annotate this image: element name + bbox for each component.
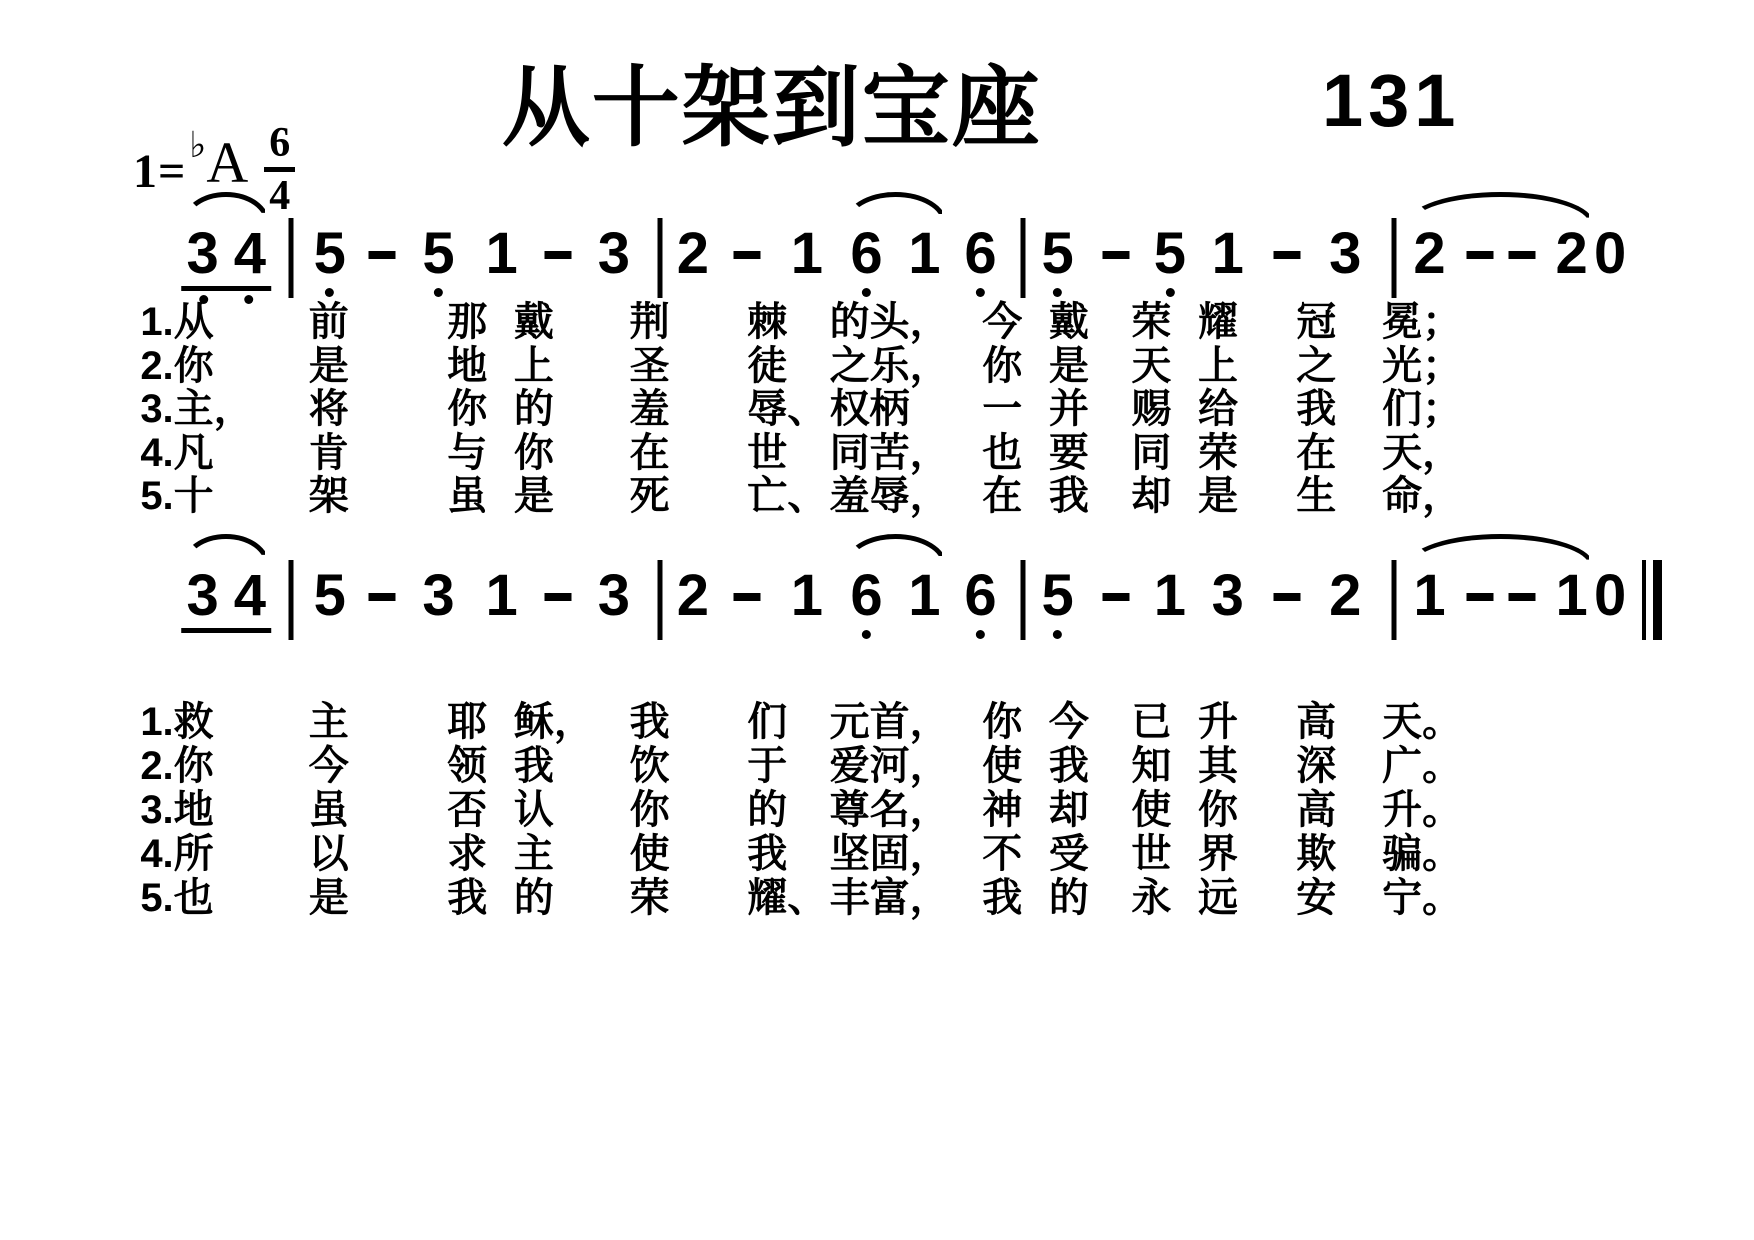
- music-note: 4: [234, 566, 266, 626]
- lyric-syllable: 稣，: [514, 700, 594, 744]
- music-note: 1: [486, 224, 518, 284]
- barline: [1020, 560, 1025, 640]
- lyric-syllable: 欺: [1296, 832, 1336, 876]
- pickup-note-group: 34: [182, 224, 272, 304]
- lyric-syllable: 棘: [747, 300, 787, 344]
- beam-underline: 34: [182, 224, 272, 291]
- music-note: 1: [1212, 224, 1244, 284]
- music-note: 3: [598, 224, 630, 284]
- note-digit: 1: [486, 566, 518, 626]
- lyric-syllable: 耀、: [747, 876, 827, 920]
- music-note: 2: [677, 566, 709, 626]
- duration-dash: [1274, 251, 1301, 259]
- system-1: 345513216165513220 1.从前那戴荆棘的头，今戴荣耀冠冕；2.你…: [0, 198, 1754, 310]
- lyric-syllable: 冠: [1296, 300, 1336, 344]
- key-letter: A: [206, 134, 248, 192]
- slur: [182, 534, 270, 566]
- lyric-syllable: 今: [982, 300, 1022, 344]
- lyric-syllable: 荣: [1131, 300, 1171, 344]
- lyric-line: 5.十架虽是死亡、羞辱，在我却是生命，: [0, 474, 1754, 518]
- lyric-syllable: 前: [309, 300, 349, 344]
- music-note: 5: [422, 224, 454, 297]
- note-digit: 5: [1042, 224, 1074, 284]
- music-note: 2: [1555, 224, 1587, 284]
- lyric-syllable: 圣: [630, 344, 670, 388]
- lyric-syllable: 主: [309, 700, 349, 744]
- music-note: 1: [486, 566, 518, 626]
- barline: [657, 218, 662, 298]
- lyric-syllable: 求: [447, 832, 487, 876]
- music-note: 6: [964, 566, 996, 639]
- verse-number-cell: 2.你: [140, 744, 213, 788]
- octave-dot: [1053, 630, 1062, 639]
- key-do-equals: 1=: [133, 148, 186, 196]
- note-digit: 5: [314, 566, 346, 626]
- lyric-syllable: 也: [982, 431, 1022, 475]
- lyric-syllable: 升。: [1382, 788, 1462, 832]
- lyric-syllable: 安: [1296, 876, 1336, 920]
- duration-dash: [1467, 593, 1494, 601]
- time-signature-numerator: 6: [264, 122, 295, 172]
- lyric-syllable: 今: [309, 744, 349, 788]
- lyric-syllable: 神: [982, 788, 1022, 832]
- beam-underline: 34: [182, 566, 272, 633]
- lyric-syllable: 之: [1296, 344, 1336, 388]
- music-note: 6: [850, 566, 882, 639]
- lyric-syllable: 是: [1198, 474, 1238, 518]
- lyric-syllable: 的: [514, 387, 554, 431]
- verse-number-cell: 2.你: [140, 344, 213, 388]
- lyric-syllable: 知: [1131, 744, 1171, 788]
- lyric-syllable: 在: [1296, 431, 1336, 475]
- slur: [844, 192, 947, 224]
- lyric-line: 3.地虽否认你的尊名，神却使你高升。: [0, 788, 1754, 832]
- lyric-syllable: 耀: [1198, 300, 1238, 344]
- note-digit: 1: [1555, 566, 1587, 626]
- lyric-syllable: 我: [1296, 387, 1336, 431]
- lyric-syllable: 戴: [1049, 300, 1089, 344]
- music-line-2: 345313216165132110: [0, 540, 1754, 652]
- system-2: 345313216165132110 1.救主耶稣，我们元首，你今已升高天。2.…: [0, 540, 1754, 652]
- lyric-syllable: 们: [747, 700, 787, 744]
- lyric-syllable: 广。: [1382, 744, 1462, 788]
- music-note: 6: [850, 224, 882, 297]
- lyric-line: 2.你是地上圣徒之乐，你是天上之光；: [0, 344, 1754, 388]
- lyric-syllable: 天。: [1382, 700, 1462, 744]
- lyric-syllable: 元首，: [830, 700, 950, 744]
- lyric-syllable: 架: [309, 474, 349, 518]
- lyric-syllable: 虽: [309, 788, 349, 832]
- barline: [657, 560, 662, 640]
- note-digit: 5: [314, 224, 346, 284]
- lyric-syllable: 爱河，: [830, 744, 950, 788]
- lyric-syllable: 命，: [1382, 474, 1462, 518]
- lyric-syllable: 高: [1296, 788, 1336, 832]
- verse-number-cell: 4.凡: [140, 431, 213, 475]
- lyric-syllable: 却: [1131, 474, 1171, 518]
- lyric-syllable: 给: [1198, 387, 1238, 431]
- barline: [289, 560, 294, 640]
- music-note: 3: [187, 566, 219, 626]
- lyric-syllable: 使: [630, 832, 670, 876]
- barline: [1392, 560, 1397, 640]
- duration-dash: [1102, 593, 1129, 601]
- duration-dash: [369, 251, 396, 259]
- duration-dash: [544, 593, 571, 601]
- lyric-syllable: 荣: [1198, 431, 1238, 475]
- barline: [1020, 218, 1025, 298]
- duration-dash: [1509, 251, 1536, 259]
- lyric-syllable: 我: [447, 876, 487, 920]
- lyric-syllable: 是: [1049, 344, 1089, 388]
- note-digit: 3: [1329, 224, 1361, 284]
- lyric-syllable: 将: [309, 387, 349, 431]
- lyric-syllable: 是: [309, 344, 349, 388]
- music-note: 2: [677, 224, 709, 284]
- lyric-syllable: 尊名，: [830, 788, 950, 832]
- lyric-syllable: 使: [982, 744, 1022, 788]
- octave-dot: [862, 630, 871, 639]
- lyric-syllable: 在: [630, 431, 670, 475]
- note-digit: 5: [1154, 224, 1186, 284]
- lyric-syllable: 之乐，: [830, 344, 950, 388]
- music-note: 6: [964, 224, 996, 297]
- octave-dot-row: [182, 637, 272, 646]
- lyric-syllable: 坚固，: [830, 832, 950, 876]
- lyric-syllable: 却: [1049, 788, 1089, 832]
- verse-number-cell: 3.地: [140, 788, 213, 832]
- note-digit: 2: [1555, 224, 1587, 284]
- note-digit: 1: [791, 224, 823, 284]
- lyric-syllable: 在: [982, 474, 1022, 518]
- octave-dot: [862, 288, 871, 297]
- music-note: 3: [1212, 566, 1244, 626]
- barline: [1392, 218, 1397, 298]
- note-digit: 3: [598, 224, 630, 284]
- lyric-syllable: 要: [1049, 431, 1089, 475]
- note-digit: 1: [908, 224, 940, 284]
- music-note: 5: [314, 566, 346, 626]
- music-line-1: 345513216165513220: [0, 198, 1754, 310]
- lyric-syllable: 主: [514, 832, 554, 876]
- lyric-syllable: 深: [1296, 744, 1336, 788]
- note-digit: 1: [486, 224, 518, 284]
- music-note: 1: [1555, 566, 1587, 626]
- lyric-syllable: 你: [982, 344, 1022, 388]
- note-digit: 2: [677, 566, 709, 626]
- music-note: 0: [1594, 566, 1626, 626]
- duration-dash: [369, 593, 396, 601]
- lyric-syllable: 荆: [630, 300, 670, 344]
- music-note: 1: [908, 566, 940, 626]
- lyric-line: 5.也是我的荣耀、丰富，我的永远安宁。: [0, 876, 1754, 920]
- lyric-syllable: 赐: [1131, 387, 1171, 431]
- note-digit: 3: [598, 566, 630, 626]
- note-digit: 3: [422, 566, 454, 626]
- lyric-syllable: 使: [1131, 788, 1171, 832]
- lyric-syllable: 世: [1131, 832, 1171, 876]
- lyric-syllable: 我: [747, 832, 787, 876]
- note-digit: 1: [791, 566, 823, 626]
- lyric-syllable: 界: [1198, 832, 1238, 876]
- lyric-syllable: 同苦，: [830, 431, 950, 475]
- music-note: 0: [1594, 224, 1626, 284]
- note-digit: 2: [1329, 566, 1361, 626]
- lyric-syllable: 是: [309, 876, 349, 920]
- music-note: 3: [1329, 224, 1361, 284]
- lyric-syllable: 你: [630, 788, 670, 832]
- flat-sign-icon: ♭: [189, 128, 206, 164]
- music-note: 5: [1042, 224, 1074, 297]
- duration-dash: [734, 593, 761, 601]
- verse-number-cell: 4.所: [140, 832, 213, 876]
- duration-dash: [544, 251, 571, 259]
- lyric-syllable: 认: [514, 788, 554, 832]
- lyric-syllable: 高: [1296, 700, 1336, 744]
- lyric-syllable: 荣: [630, 876, 670, 920]
- note-digit: 6: [964, 224, 996, 284]
- final-barline: [1642, 560, 1662, 640]
- lyric-syllable: 你: [447, 387, 487, 431]
- note-digit: 2: [677, 224, 709, 284]
- note-digit: 0: [1594, 566, 1626, 626]
- barline: [289, 218, 294, 298]
- lyric-syllable: 今: [1049, 700, 1089, 744]
- lyric-syllable: 世: [747, 431, 787, 475]
- hymn-title: 从十架到宝座: [502, 38, 1042, 164]
- lyric-syllable: 徒: [747, 344, 787, 388]
- music-note: 3: [422, 566, 454, 626]
- verse-number-cell: 3.主，: [140, 387, 253, 431]
- lyric-syllable: 受: [1049, 832, 1089, 876]
- lyric-syllable: 饮: [630, 744, 670, 788]
- lyric-syllable: 的: [747, 788, 787, 832]
- lyric-syllable: 冕；: [1382, 300, 1462, 344]
- lyric-syllable: 羞: [630, 387, 670, 431]
- lyric-syllable: 我: [1049, 744, 1089, 788]
- lyric-syllable: 不: [982, 832, 1022, 876]
- lyric-syllable: 我: [1049, 474, 1089, 518]
- duration-dash: [734, 251, 761, 259]
- lyric-syllable: 丰富，: [830, 876, 950, 920]
- music-note: 5: [314, 224, 346, 297]
- lyric-syllable: 天，: [1382, 431, 1462, 475]
- music-note: 3: [187, 224, 219, 284]
- lyric-syllable: 否: [447, 788, 487, 832]
- lyric-line: 3.主，将你的羞辱、权柄一并赐给我们；: [0, 387, 1754, 431]
- hymn-sheet-page: 1= ♭ A 6 4 从十架到宝座 131 345513216165513220…: [0, 0, 1754, 1240]
- note-digit: 5: [422, 224, 454, 284]
- verse-number-cell: 5.也: [140, 876, 213, 920]
- music-note: 3: [598, 566, 630, 626]
- lyric-syllable: 上: [1198, 344, 1238, 388]
- hymn-number: 131: [1322, 58, 1460, 143]
- lyric-syllable: 的头，: [830, 300, 950, 344]
- duration-dash: [1509, 593, 1536, 601]
- lyric-syllable: 已: [1131, 700, 1171, 744]
- lyric-syllable: 你: [982, 700, 1022, 744]
- lyric-line: 4.凡肯与你在世同苦，也要同荣在天，: [0, 431, 1754, 475]
- lyric-syllable: 以: [309, 832, 349, 876]
- music-note: 2: [1329, 566, 1361, 626]
- lyric-syllable: 你: [514, 431, 554, 475]
- lyric-line: 2.你今领我饮于爱河，使我知其深广。: [0, 744, 1754, 788]
- lyric-syllable: 们；: [1382, 387, 1462, 431]
- note-digit: 0: [1594, 224, 1626, 284]
- lyric-syllable: 升: [1198, 700, 1238, 744]
- lyric-line: 1.从前那戴荆棘的头，今戴荣耀冠冕；: [0, 300, 1754, 344]
- lyric-syllable: 我: [982, 876, 1022, 920]
- duration-dash: [1467, 251, 1494, 259]
- lyric-syllable: 那: [447, 300, 487, 344]
- slur: [844, 534, 947, 566]
- lyric-line: 4.所以求主使我坚固，不受世界欺骗。: [0, 832, 1754, 876]
- note-digit: 3: [1212, 566, 1244, 626]
- note-digit: 1: [1413, 566, 1445, 626]
- note-digit: 6: [850, 224, 882, 284]
- slur: [1407, 192, 1595, 224]
- octave-dot: [434, 288, 443, 297]
- music-note: 1: [1413, 566, 1445, 626]
- lyric-syllable: 辱、: [747, 387, 827, 431]
- lyric-syllable: 的: [514, 876, 554, 920]
- lyric-syllable: 同: [1131, 431, 1171, 475]
- lyric-line: 1.救主耶稣，我们元首，你今已升高天。: [0, 700, 1754, 744]
- verse-number-cell: 1.救: [140, 700, 213, 744]
- lyric-syllable: 并: [1049, 387, 1089, 431]
- lyric-syllable: 我: [630, 700, 670, 744]
- octave-dot: [976, 630, 985, 639]
- lyric-syllable: 宁。: [1382, 876, 1462, 920]
- lyric-syllable: 上: [514, 344, 554, 388]
- music-note: 5: [1042, 566, 1074, 639]
- music-note: 1: [1154, 566, 1186, 626]
- lyric-syllable: 我: [514, 744, 554, 788]
- music-note: 1: [908, 224, 940, 284]
- music-note: 5: [1154, 224, 1186, 297]
- lyric-syllable: 与: [447, 431, 487, 475]
- lyric-syllable: 羞辱，: [830, 474, 950, 518]
- lyric-syllable: 亡、: [747, 474, 827, 518]
- lyric-syllable: 骗。: [1382, 832, 1462, 876]
- slur: [1407, 534, 1595, 566]
- note-digit: 6: [964, 566, 996, 626]
- lyric-syllable: 死: [630, 474, 670, 518]
- verse-number-cell: 5.十: [140, 474, 213, 518]
- lyric-syllable: 耶: [447, 700, 487, 744]
- lyric-syllable: 永: [1131, 876, 1171, 920]
- note-digit: 1: [1154, 566, 1186, 626]
- duration-dash: [1102, 251, 1129, 259]
- lyric-syllable: 一: [982, 387, 1022, 431]
- pickup-note-group: 34: [182, 566, 272, 646]
- verse-number-cell: 1.从: [140, 300, 213, 344]
- lyric-syllable: 你: [1198, 788, 1238, 832]
- lyric-syllable: 其: [1198, 744, 1238, 788]
- music-note: 1: [791, 566, 823, 626]
- lyric-syllable: 领: [447, 744, 487, 788]
- lyric-syllable: 光；: [1382, 344, 1462, 388]
- lyric-syllable: 肯: [309, 431, 349, 475]
- music-note: 1: [791, 224, 823, 284]
- lyric-syllable: 于: [747, 744, 787, 788]
- note-digit: 1: [908, 566, 940, 626]
- music-note: 2: [1413, 224, 1445, 284]
- octave-dot: [1165, 288, 1174, 297]
- lyric-syllable: 天: [1131, 344, 1171, 388]
- lyric-syllable: 地: [447, 344, 487, 388]
- duration-dash: [1274, 593, 1301, 601]
- octave-dot: [976, 288, 985, 297]
- music-note: 4: [234, 224, 266, 284]
- lyric-syllable: 生: [1296, 474, 1336, 518]
- lyric-syllable: 远: [1198, 876, 1238, 920]
- note-digit: 6: [850, 566, 882, 626]
- lyric-syllable: 权柄: [830, 387, 910, 431]
- lyric-syllable: 虽: [447, 474, 487, 518]
- lyric-syllable: 戴: [514, 300, 554, 344]
- note-digit: 1: [1212, 224, 1244, 284]
- lyric-syllable: 的: [1049, 876, 1089, 920]
- note-digit: 2: [1413, 224, 1445, 284]
- lyric-syllable: 是: [514, 474, 554, 518]
- note-digit: 5: [1042, 566, 1074, 626]
- octave-dot: [1053, 288, 1062, 297]
- octave-dot: [325, 288, 334, 297]
